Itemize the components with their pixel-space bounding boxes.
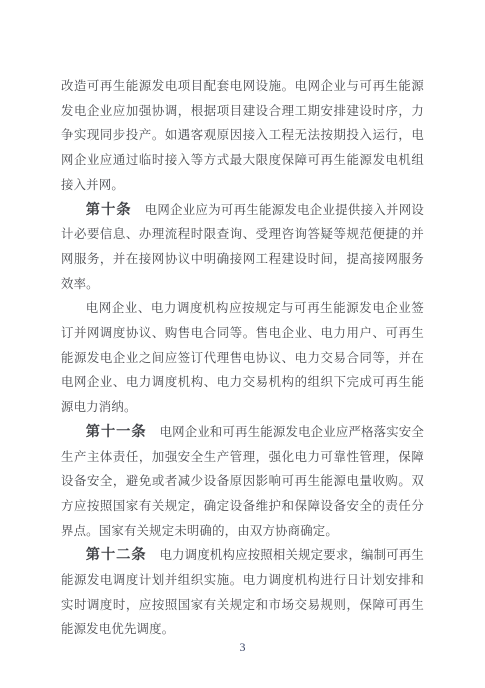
article-heading-article-11: 第十一条 — [86, 424, 147, 440]
paragraph-text: 改造可再生能源发电项目配套电网设施。电网企业与可再生能源发电企业应加强协调，根据… — [61, 79, 424, 192]
paragraph: 电网企业、电力调度机构应按规定与可再生能源发电企业签订并网调度协议、购售电合同等… — [61, 296, 424, 420]
page-number: 3 — [0, 640, 485, 654]
article-heading-article-10: 第十条 — [86, 202, 132, 218]
paragraph: 第十条电网企业应为可再生能源发电企业提供接入并网设计必要信息、办理流程时限查询、… — [61, 198, 424, 297]
article-heading-article-12: 第十二条 — [86, 547, 147, 563]
page-body-text: 改造可再生能源发电项目配套电网设施。电网企业与可再生能源发电企业应加强协调，根据… — [61, 74, 424, 642]
paragraph-text: 电网企业、电力调度机构应按规定与可再生能源发电企业签订并网调度协议、购售电合同等… — [61, 301, 424, 414]
document-page: 改造可再生能源发电项目配套电网设施。电网企业与可再生能源发电企业应加强协调，根据… — [0, 0, 485, 688]
paragraph: 第十二条电力调度机构应按照相关规定要求，编制可再生能源发电调度计划并组织实施。电… — [61, 543, 424, 642]
paragraph: 第十一条电网企业和可再生能源发电企业应严格落实安全生产主体责任，加强安全生产管理… — [61, 420, 424, 544]
paragraph-text: 电网企业和可再生能源发电企业应严格落实安全生产主体责任，加强安全生产管理，强化电… — [61, 425, 424, 538]
paragraph: 改造可再生能源发电项目配套电网设施。电网企业与可再生能源发电企业应加强协调，根据… — [61, 74, 424, 198]
